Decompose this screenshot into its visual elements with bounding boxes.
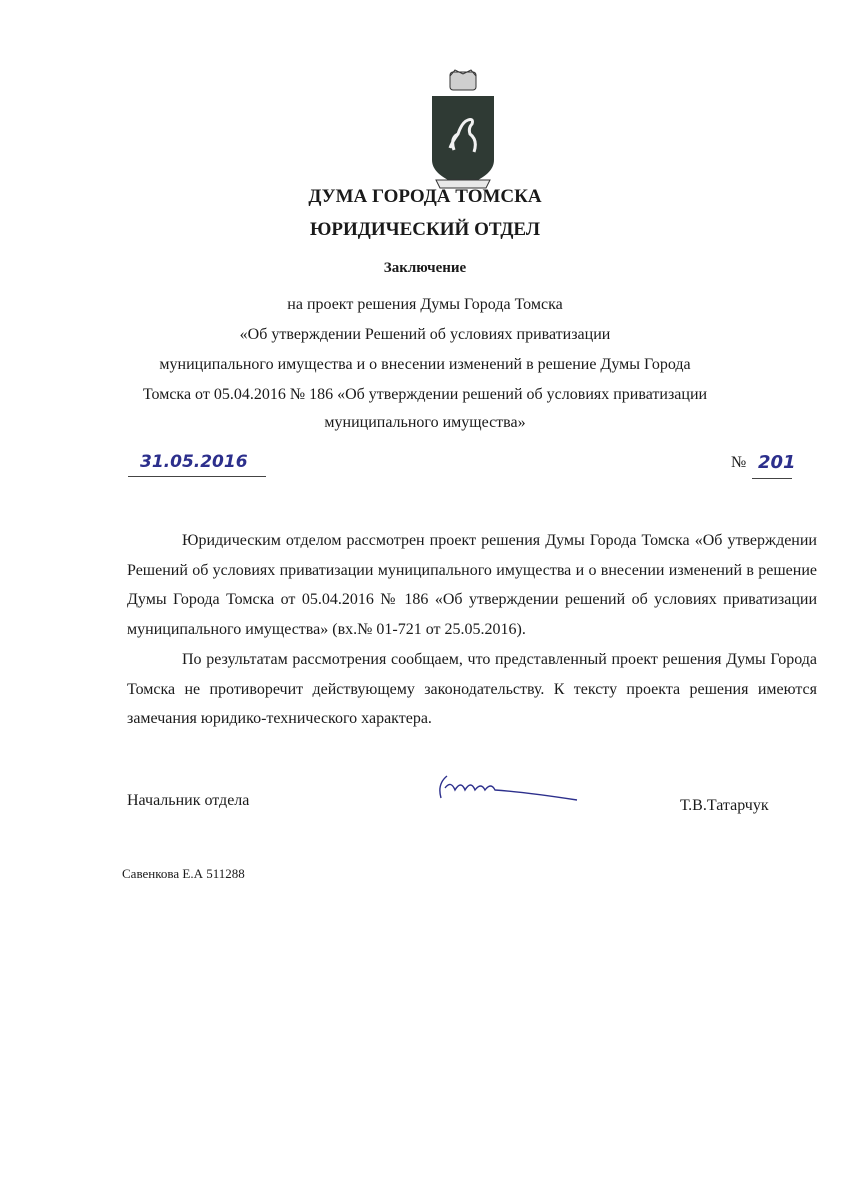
document-type: Заключение <box>0 260 850 277</box>
subject-line-2: «Об утверждении Решений об условиях прив… <box>0 326 850 344</box>
body-paragraph-2: По результатам рассмотрения сообщаем, чт… <box>127 645 817 734</box>
coat-of-arms-icon <box>428 68 498 196</box>
number-field: 201 <box>752 450 792 479</box>
subject-line-1: на проект решения Думы Города Томска <box>0 296 850 314</box>
department-name: ЮРИДИЧЕСКИЙ ОТДЕЛ <box>0 219 850 241</box>
number-label: № <box>731 454 746 472</box>
date-field: 31.05.2016 <box>128 448 266 477</box>
handwritten-number: 201 <box>758 452 796 473</box>
signature-icon <box>435 768 585 808</box>
handwritten-date: 31.05.2016 <box>140 452 248 472</box>
subject-line-3: муниципального имущества и о внесении из… <box>0 356 850 374</box>
body-paragraph-1: Юридическим отделом рассмотрен проект ре… <box>127 526 817 644</box>
executor-info: Савенкова Е.А 511288 <box>122 866 245 882</box>
signer-name: Т.В.Татарчук <box>680 797 769 815</box>
subject-line-5: муниципального имущества» <box>0 414 850 432</box>
organization-name: ДУМА ГОРОДА ТОМСКА <box>0 186 850 208</box>
signer-position: Начальник отдела <box>127 792 249 810</box>
subject-line-4: Томска от 05.04.2016 № 186 «Об утвержден… <box>0 386 850 404</box>
